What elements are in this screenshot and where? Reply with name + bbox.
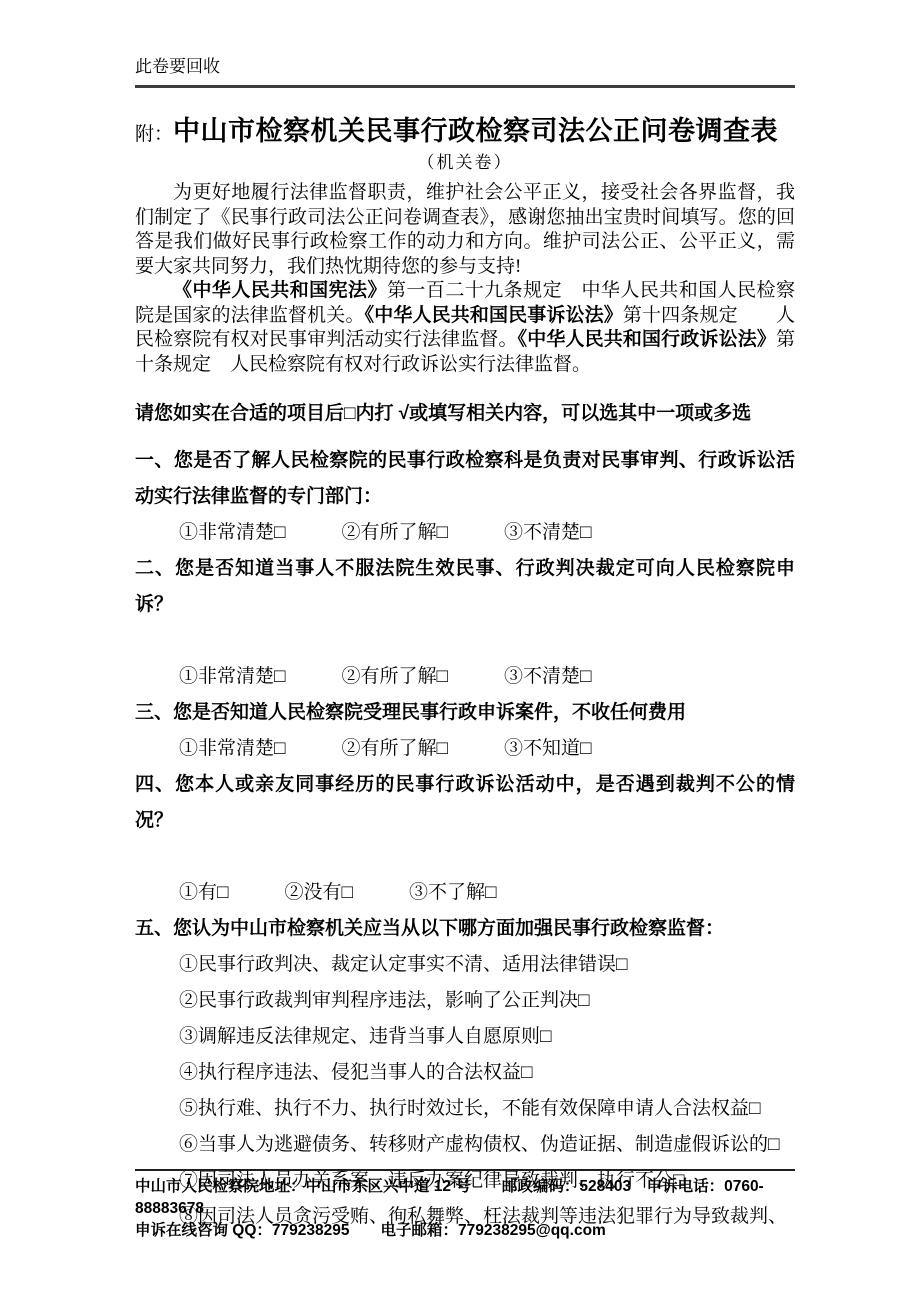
footer-contact-line-1: 中山市人民检察院地址：中山市东区兴中道 12 号 邮政编码：528403 申诉电… <box>135 1176 795 1220</box>
checkbox-option: ②有所了解□ <box>341 515 447 551</box>
checkbox-option: ②有所了解□ <box>341 731 447 767</box>
question-1-text: 一、您是否了解人民检察院的民事行政检察科是负责对民事审判、行政诉讼活动实行法律监… <box>135 443 795 515</box>
law-name-admin-litigation: 《中华人民共和国行政诉讼法》 <box>518 329 776 350</box>
checkbox-option: ①有□ <box>179 875 228 911</box>
doc-subtitle: （机关卷） <box>135 151 795 175</box>
page-footer: 中山市人民检察院地址：中山市东区兴中道 12 号 邮政编码：528403 申诉电… <box>135 1169 795 1242</box>
checkbox-option: ①非常清楚□ <box>179 515 285 551</box>
question-2-options: ①非常清楚□②有所了解□③不清楚□ <box>135 659 795 695</box>
question-5-text: 五、您认为中山市检察机关应当从以下哪方面加强民事行政检察监督： <box>135 911 795 947</box>
blank-line <box>135 623 795 659</box>
checkbox-option: ③不知道□ <box>504 731 591 767</box>
checkbox-option: ②没有□ <box>284 875 352 911</box>
question-3-options: ①非常清楚□②有所了解□③不知道□ <box>135 731 795 767</box>
recycle-note: 此卷要回收 <box>135 56 795 78</box>
checkbox-option: ①非常清楚□ <box>179 659 285 695</box>
question-3-text: 三、您是否知道人民检察院受理民事行政申诉案件，不收任何费用 <box>135 695 795 731</box>
checkbox-option: ③不清楚□ <box>504 659 591 695</box>
instruction-line: 请您如实在合适的项目后□内打 √或填写相关内容，可以选其中一项或多选 <box>135 396 795 432</box>
legal-paragraph: 《中华人民共和国宪法》第一百二十九条规定 中华人民共和国人民检察院是国家的法律监… <box>135 279 795 377</box>
header-rule <box>135 85 795 88</box>
footer-contact-line-2: 申诉在线咨询 QQ：779238295 电子邮箱：779238295@qq.co… <box>135 1220 795 1242</box>
checkbox-option-line: ⑤执行难、执行不力、执行时效过长，不能有效保障申请人合法权益□ <box>135 1091 795 1127</box>
checkbox-option-line: ③调解违反法律规定、违背当事人自愿原则□ <box>135 1019 795 1055</box>
checkbox-option: ②有所了解□ <box>341 659 447 695</box>
law-name-constitution: 《中华人民共和国宪法》 <box>173 280 387 301</box>
blank-line <box>135 839 795 875</box>
question-1-options: ①非常清楚□②有所了解□③不清楚□ <box>135 515 795 551</box>
law-name-civil-procedure: 《中华人民共和国民事诉讼法》 <box>365 305 623 326</box>
question-4-options: ①有□②没有□③不了解□ <box>135 875 795 911</box>
checkbox-option: ①非常清楚□ <box>179 731 285 767</box>
intro-paragraph: 为更好地履行法律监督职责，维护社会公平正义，接受社会各界监督，我们制定了《民事行… <box>135 181 795 279</box>
checkbox-option: ③不了解□ <box>409 875 496 911</box>
checkbox-option-line: ②民事行政裁判审判程序违法，影响了公正判决□ <box>135 983 795 1019</box>
checkbox-option-line: ①民事行政判决、裁定认定事实不清、适用法律错误□ <box>135 947 795 983</box>
checkbox-option-line: ⑥当事人为逃避债务、转移财产虚构债权、伪造证据、制造虚假诉讼的□ <box>135 1127 795 1163</box>
title-prefix: 附： <box>135 124 173 145</box>
question-2-text: 二、您是否知道当事人不服法院生效民事、行政判决裁定可向人民检察院申诉？ <box>135 551 795 623</box>
title-main: 中山市检察机关民事行政检察司法公正问卷调查表 <box>173 116 778 146</box>
doc-title: 附：中山市检察机关民事行政检察司法公正问卷调查表 <box>135 109 795 148</box>
document-page: 此卷要回收 附：中山市检察机关民事行政检察司法公正问卷调查表 （机关卷） 为更好… <box>0 0 920 1302</box>
checkbox-option: ③不清楚□ <box>504 515 591 551</box>
checkbox-option-line: ④执行程序违法、侵犯当事人的合法权益□ <box>135 1055 795 1091</box>
questionnaire: 一、您是否了解人民检察院的民事行政检察科是负责对民事审判、行政诉讼活动实行法律监… <box>135 443 795 1235</box>
question-4-text: 四、您本人或亲友同事经历的民事行政诉讼活动中，是否遇到裁判不公的情况？ <box>135 767 795 839</box>
